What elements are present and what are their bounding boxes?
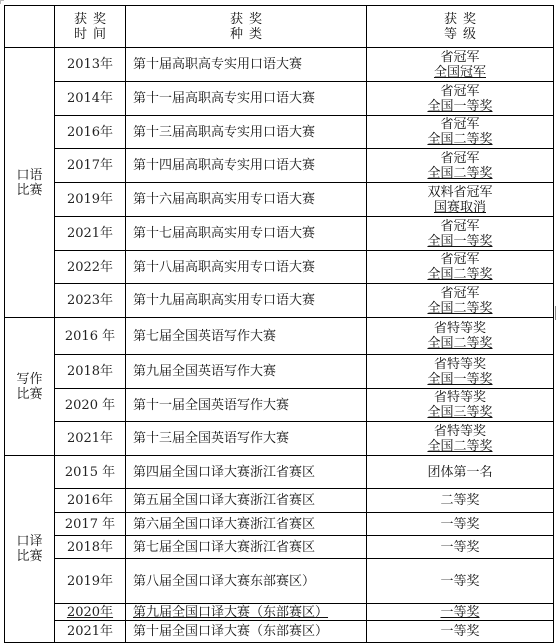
year-suffix: 年 [102, 329, 115, 344]
header-level-cell: 获奖 等级 [367, 6, 554, 48]
level-provincial: 省冠军 [367, 117, 553, 132]
year-value: 2019 [67, 192, 100, 207]
year-suffix: 年 [100, 125, 113, 140]
year-suffix: 年 [102, 517, 115, 532]
header-time-line1: 获奖 [55, 12, 125, 27]
year-value: 2017 [67, 158, 100, 173]
level-provincial: 省冠军 [367, 151, 553, 166]
level-award: 二等奖 [367, 493, 553, 508]
level-provincial: 省特等奖 [367, 390, 553, 405]
award-level-cell: 一等奖 [367, 604, 554, 621]
award-name-cell: 第十一届全国英语写作大赛 [126, 389, 367, 422]
year-suffix: 年 [100, 57, 113, 72]
level-provincial: 省冠军 [367, 84, 553, 99]
header-time-line2: 时间 [55, 27, 125, 42]
table-row: 2019年 第八届全国口译大赛东部赛区） 一等奖 [5, 559, 554, 604]
award-name-cell: 第十三届全国英语写作大赛 [126, 422, 367, 456]
year-suffix: 年 [100, 192, 113, 207]
year-value: 2016 [65, 329, 98, 344]
year-suffix: 年 [102, 465, 115, 480]
year-suffix: 年 [100, 293, 113, 308]
award-level-cell: 省特等奖全国二等奖 [367, 422, 554, 456]
award-level-cell: 二等奖 [367, 489, 554, 513]
year-value: 2020 [65, 398, 98, 413]
header-level-line2: 等级 [367, 27, 553, 42]
category-writing-cell: 写作 比赛 [5, 318, 55, 456]
award-level-cell: 一等奖 [367, 536, 554, 559]
table-row: 2022年 第十八届高职高实用专口语大赛 省冠军全国二等奖 [5, 251, 554, 284]
level-provincial: 省冠军 [367, 286, 553, 301]
year-cell: 2021年 [55, 422, 126, 456]
category-oral-line2: 比赛 [5, 183, 54, 198]
year-suffix: 年 [100, 574, 113, 589]
year-value: 2021 [67, 431, 100, 446]
category-interpretation-line1: 口译 [5, 534, 54, 549]
category-interpretation-cell: 口译 比赛 [5, 456, 55, 643]
year-suffix: 年 [100, 260, 113, 275]
level-provincial: 双料省冠军 [367, 185, 553, 200]
header-time-cell: 获奖 时间 [55, 6, 126, 48]
year-suffix: 年 [100, 605, 113, 620]
level-award: 一等奖 [367, 540, 553, 555]
award-name-cell: 第十九届高职高实用专口语大赛 [126, 284, 367, 318]
year-cell: 2018年 [55, 355, 126, 389]
year-value: 2018 [67, 540, 100, 555]
awards-table: 获奖 时间 获奖 种类 获奖 等级 口语 比赛 2013年 第十届高职高专实用口… [4, 5, 554, 643]
table-row: 2021年 第十七届高职高实用专口语大赛 省冠军全国一等奖 [5, 217, 554, 251]
level-national: 全国二等奖 [367, 439, 553, 454]
award-name-cell: 第九届全国口译大赛（东部赛区） [126, 604, 367, 621]
level-award: 一等奖 [367, 624, 553, 639]
header-category-cell [5, 6, 55, 48]
level-provincial: 省冠军 [367, 252, 553, 267]
level-national: 全国二等奖 [367, 132, 553, 147]
year-cell: 2017年 [55, 149, 126, 183]
year-cell: 2016年 [55, 116, 126, 149]
level-national: 全国一等奖 [367, 234, 553, 249]
award-level-cell: 一等奖 [367, 513, 554, 536]
level-national: 全国二等奖 [367, 301, 553, 316]
category-writing-line1: 写作 [5, 372, 54, 387]
header-level-line1: 获奖 [367, 12, 553, 27]
table-row: 写作 比赛 2016 年 第七届全国英语写作大赛 省特等奖全国二等奖 [5, 318, 554, 355]
year-suffix: 年 [100, 226, 113, 241]
table-row: 2017 年 第六届全国口译大赛浙江省赛区 一等奖 [5, 513, 554, 536]
year-cell: 2019年 [55, 183, 126, 217]
award-name-text: 第九届全国口译大赛（东部赛区） [133, 605, 328, 620]
year-value: 2020 [67, 605, 100, 620]
table-row: 口译 比赛 2015 年 第四届全国口译大赛浙江省赛区 团体第一名 [5, 456, 554, 489]
level-award: 一等奖 [367, 605, 553, 620]
level-award: 团体第一名 [367, 465, 553, 480]
award-name-cell: 第六届全国口译大赛浙江省赛区 [126, 513, 367, 536]
award-name-cell: 第十八届高职高实用专口语大赛 [126, 251, 367, 284]
header-type-line2: 种类 [126, 27, 366, 42]
year-value: 2023 [67, 293, 100, 308]
category-interpretation-line2: 比赛 [5, 549, 54, 564]
level-provincial: 省冠军 [367, 50, 553, 65]
document-corner-mark [0, 0, 4, 4]
level-national: 全国二等奖 [367, 166, 553, 181]
level-national: 全国一等奖 [367, 99, 553, 114]
award-name-cell: 第十六届高职高实用专口语大赛 [126, 183, 367, 217]
level-award: 一等奖 [367, 574, 553, 589]
table-row: 2021年 第十三届全国英语写作大赛 省特等奖全国二等奖 [5, 422, 554, 456]
category-writing-line2: 比赛 [5, 387, 54, 402]
table-row: 2017年 第十四届高职高专实用口语大赛 省冠军全国二等奖 [5, 149, 554, 183]
year-cell: 2013年 [55, 48, 126, 82]
table-row: 2023年 第十九届高职高实用专口语大赛 省冠军全国二等奖 [5, 284, 554, 318]
award-level-cell: 一等奖 [367, 621, 554, 643]
table-row: 2016年 第十三届高职高专实用口语大赛 省冠军全国二等奖 [5, 116, 554, 149]
category-oral-line1: 口语 [5, 168, 54, 183]
level-national: 全国冠军 [367, 65, 553, 80]
year-value: 2014 [67, 91, 100, 106]
award-level-cell: 团体第一名 [367, 456, 554, 489]
table-row: 2020 年 第十一届全国英语写作大赛 省特等奖全国三等奖 [5, 389, 554, 422]
year-cell: 2016 年 [55, 318, 126, 355]
level-provincial: 省特等奖 [367, 424, 553, 439]
award-name-cell: 第十届全国口译大赛（东部赛区） [126, 621, 367, 643]
year-value: 2016 [67, 493, 100, 508]
page-edge-mark [555, 306, 556, 320]
award-name-cell: 第七届全国口译大赛浙江省赛区 [126, 536, 367, 559]
year-suffix: 年 [102, 398, 115, 413]
year-cell: 2022年 [55, 251, 126, 284]
table-row: 口语 比赛 2013年 第十届高职高专实用口语大赛 省冠军全国冠军 [5, 48, 554, 82]
award-level-cell: 省冠军全国二等奖 [367, 251, 554, 284]
year-cell: 2021年 [55, 621, 126, 643]
year-cell: 2020年 [55, 604, 126, 621]
table-row: 2019年 第十六届高职高实用专口语大赛 双料省冠军国赛取消 [5, 183, 554, 217]
level-national: 全国一等奖 [367, 372, 553, 387]
year-suffix: 年 [100, 624, 113, 639]
table-row: 2021年 第十届全国口译大赛（东部赛区） 一等奖 [5, 621, 554, 643]
award-name-cell: 第四届全国口译大赛浙江省赛区 [126, 456, 367, 489]
level-national: 全国二等奖 [367, 267, 553, 282]
year-cell: 2020 年 [55, 389, 126, 422]
year-cell: 2017 年 [55, 513, 126, 536]
award-level-cell: 省冠军全国一等奖 [367, 82, 554, 116]
year-value: 2017 [65, 517, 98, 532]
award-level-cell: 双料省冠军国赛取消 [367, 183, 554, 217]
year-suffix: 年 [100, 91, 113, 106]
year-value: 2021 [67, 226, 100, 241]
year-suffix: 年 [100, 540, 113, 555]
award-name-cell: 第十七届高职高实用专口语大赛 [126, 217, 367, 251]
year-suffix: 年 [100, 364, 113, 379]
year-value: 2021 [67, 624, 100, 639]
year-value: 2013 [67, 57, 100, 72]
year-value: 2018 [67, 364, 100, 379]
header-type-cell: 获奖 种类 [126, 6, 367, 48]
header-type-line1: 获奖 [126, 12, 366, 27]
level-provincial: 省冠军 [367, 219, 553, 234]
table-row: 2014年 第十一届高职高专实用口语大赛 省冠军全国一等奖 [5, 82, 554, 116]
level-national: 国赛取消 [367, 200, 553, 215]
level-provincial: 省特等奖 [367, 357, 553, 372]
year-cell: 2015 年 [55, 456, 126, 489]
award-level-cell: 省特等奖全国二等奖 [367, 318, 554, 355]
award-level-cell: 一等奖 [367, 559, 554, 604]
year-cell: 2019年 [55, 559, 126, 604]
year-cell: 2018年 [55, 536, 126, 559]
table-row: 2020年 第九届全国口译大赛（东部赛区） 一等奖 [5, 604, 554, 621]
table-row: 2018年 第七届全国口译大赛浙江省赛区 一等奖 [5, 536, 554, 559]
year-cell: 2014年 [55, 82, 126, 116]
table-header-row: 获奖 时间 获奖 种类 获奖 等级 [5, 6, 554, 48]
award-name-cell: 第十届高职高专实用口语大赛 [126, 48, 367, 82]
award-level-cell: 省冠军全国二等奖 [367, 116, 554, 149]
year-suffix: 年 [100, 493, 113, 508]
level-award: 一等奖 [367, 517, 553, 532]
category-oral-cell: 口语 比赛 [5, 48, 55, 318]
year-cell: 2016年 [55, 489, 126, 513]
year-value: 2016 [67, 125, 100, 140]
level-national: 全国三等奖 [367, 405, 553, 420]
year-value: 2015 [65, 465, 98, 480]
award-name-cell: 第十三届高职高专实用口语大赛 [126, 116, 367, 149]
award-name-cell: 第十四届高职高专实用口语大赛 [126, 149, 367, 183]
award-name-cell: 第十一届高职高专实用口语大赛 [126, 82, 367, 116]
year-value: 2022 [67, 260, 100, 275]
table-row: 2018年 第九届全国英语写作大赛 省特等奖全国一等奖 [5, 355, 554, 389]
award-level-cell: 省冠军全国二等奖 [367, 149, 554, 183]
award-name-cell: 第九届全国英语写作大赛 [126, 355, 367, 389]
year-value: 2019 [67, 574, 100, 589]
table-row: 2016年 第五届全国口译大赛浙江省赛区 二等奖 [5, 489, 554, 513]
year-suffix: 年 [100, 431, 113, 446]
year-cell: 2023年 [55, 284, 126, 318]
award-level-cell: 省特等奖全国一等奖 [367, 355, 554, 389]
award-level-cell: 省冠军全国冠军 [367, 48, 554, 82]
year-suffix: 年 [100, 158, 113, 173]
year-cell: 2021年 [55, 217, 126, 251]
award-level-cell: 省冠军全国一等奖 [367, 217, 554, 251]
level-national: 全国二等奖 [367, 336, 553, 351]
award-name-cell: 第七届全国英语写作大赛 [126, 318, 367, 355]
award-level-cell: 省特等奖全国三等奖 [367, 389, 554, 422]
level-provincial: 省特等奖 [367, 321, 553, 336]
award-level-cell: 省冠军全国二等奖 [367, 284, 554, 318]
award-name-cell: 第五届全国口译大赛浙江省赛区 [126, 489, 367, 513]
award-name-cell: 第八届全国口译大赛东部赛区） [126, 559, 367, 604]
